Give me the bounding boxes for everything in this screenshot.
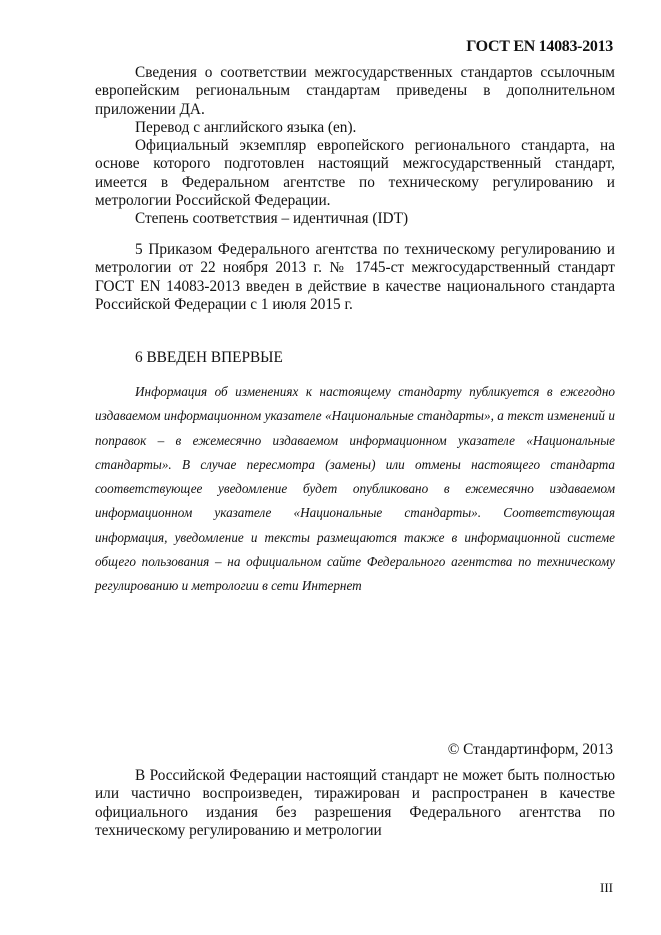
section-6-heading: 6 ВВЕДЕН ВПЕРВЫЕ	[135, 349, 283, 367]
reproduction-notice-text: В Российской Федерации настоящий стандар…	[95, 767, 615, 840]
info-paragraph-references: Сведения о соответствии межгосударственн…	[95, 64, 615, 119]
document-code-header: ГОСТ EN 14083-2013	[466, 38, 613, 56]
section-5-text: 5 Приказом Федерального агентства по тех…	[95, 241, 615, 314]
section-5: 5 Приказом Федерального агентства по тех…	[95, 241, 615, 314]
page-number: III	[600, 880, 613, 896]
document-page: ГОСТ EN 14083-2013 Сведения о соответств…	[0, 0, 661, 935]
changes-notice-text: Информация об изменениях к настоящему ст…	[95, 380, 615, 599]
reproduction-notice: В Российской Федерации настоящий стандар…	[95, 767, 615, 840]
info-paragraph-official-copy: Официальный экземпляр европейского регио…	[95, 137, 615, 210]
copyright-line: © Стандартинформ, 2013	[448, 741, 613, 759]
changes-notice: Информация об изменениях к настоящему ст…	[95, 380, 615, 599]
standard-info-section: Сведения о соответствии межгосударственн…	[95, 64, 615, 229]
info-paragraph-translation: Перевод с английского языка (en).	[95, 119, 615, 137]
info-paragraph-conformity-degree: Степень соответствия – идентичная (IDT)	[95, 210, 615, 228]
